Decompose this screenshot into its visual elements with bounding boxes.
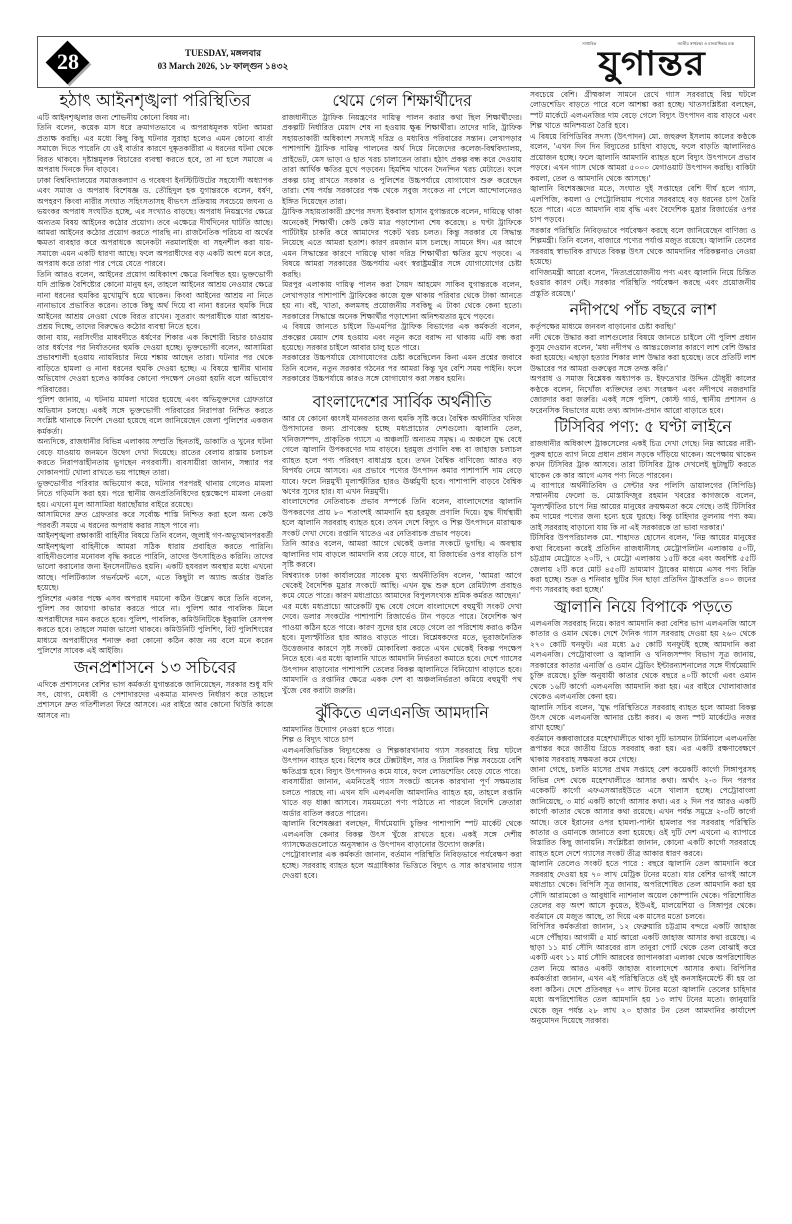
article-law-order: হঠাৎ আইনশৃঙ্খলা পরিস্থিতির এটি আইনশৃঙ্খল…: [37, 90, 273, 657]
headline: জনপ্রশাসনে ১৩ সচিবের: [37, 657, 273, 679]
headline: বাংলাদেশের সার্বিক অর্থনীতি: [282, 391, 522, 413]
headline: জ্বালানি নিয়ে বিপাকে পড়তে: [530, 596, 756, 618]
paragraph: রাজধানীর অধিকাংশ ট্রাকসেলের একই চিত্র দে…: [530, 439, 756, 481]
date-block: TUESDAY, মঙ্গলবার 03 March 2026, ১৮ ফাল্…: [113, 47, 333, 73]
paragraph: এটি আইনশৃঙ্খলার জন্য শোভনীয় কোনো বিষয় …: [37, 113, 273, 123]
paragraph: জানা যায়, নরসিংদীর মাধবদীতে ধর্ষণের শিক…: [37, 333, 273, 396]
paragraph: এদিকে প্রশাসনের বেশির ভাগ কর্মকর্তা যুগা…: [37, 680, 273, 722]
logo-text: যুগান্তর: [549, 45, 756, 83]
paragraph: রাজধানীতে ট্রাফিক নিয়ন্ত্রণের দায়িত্ব …: [282, 113, 522, 207]
paragraph: আসামিদের দ্রুত গ্রেফতার করে সর্বোচ্চ শাস…: [37, 510, 273, 531]
headline: টিসিবির পণ্য: ৫ ঘণ্টা লাইনে: [530, 416, 756, 438]
headline: থেমে গেল শিক্ষার্থীদের: [282, 90, 522, 112]
paragraph: বর্তমানে কক্সবাজারের মহেশখালীতে থাকা দুট…: [530, 734, 756, 765]
paragraph: বাণিজ্যমন্ত্রী আরো বলেন, 'নিত্যপ্রয়োজনী…: [530, 268, 756, 299]
headline: ঝুঁকিতে এলএনজি আমদানি: [282, 702, 522, 724]
paragraph: ব্যবসায়ীরা জানান, এমনিতেই গ্যাস সংকটে অ…: [282, 777, 522, 819]
paragraph: এ বিষয়ে জানতে চাইলে ডিএমপির ট্রাফিক বিভ…: [282, 322, 522, 353]
paragraph: তিনি আরও বলেন, আইনের প্রয়োগ অধিকাংশ ক্ষ…: [37, 270, 273, 333]
paragraph: এ ব্যাপারে অর্থনীতিবিদ ও সেন্টার ফর পলিস…: [530, 481, 756, 533]
paragraph: পুলিশ জানায়, এ ঘটনায় মামলা দায়ের হয়ে…: [37, 395, 273, 437]
weekday: TUESDAY, মঙ্গলবার: [113, 47, 333, 60]
paragraph: আইনশৃঙ্খলা রক্ষাকারী বাহিনীর বিষয়ে তিনি…: [37, 531, 273, 594]
page-number: 28: [46, 49, 90, 75]
article-river-bodies: নদীপথে পাঁচ বছরে লাশ কর্তৃপক্ষের মাধ্যমে…: [530, 299, 756, 416]
paragraph: ভুক্তভোগীর পরিবার অভিযোগ করে, ঘটনার পরপর…: [37, 479, 273, 510]
column-1: হঠাৎ আইনশৃঙ্খলা পরিস্থিতির এটি আইনশৃঙ্খল…: [37, 90, 273, 1210]
paragraph: কর্তৃপক্ষের মাধ্যমে জনবল বাড়ানোর চেষ্টা…: [530, 322, 756, 332]
paragraph: জ্বালানি তেলেও সংকট হতে পারে : বছরে জ্বা…: [530, 859, 756, 922]
newspaper-logo: সাপ্তাহিক জাতীয় স্বার্থরক্ষা ও মানবাধিক…: [558, 39, 746, 85]
article-lng-import: ঝুঁকিতে এলএনজি আমদানি আমদানির উদ্যোগ নেও…: [282, 702, 522, 882]
paragraph: তিনি আরও বলেন, আমরা আগে থেকেই ডলার সংকটে…: [282, 539, 522, 570]
paragraph: এলএনজিভিত্তিক বিদ্যুৎকেন্দ্র ও শিল্পকারখ…: [282, 746, 522, 777]
page-number-badge: 28: [46, 41, 90, 85]
paragraph: ঢাকা বিশ্ববিদ্যালয়ের সমাজকল্যাণ ও গবেষণ…: [37, 176, 273, 270]
paragraph: তিনি বলেন, কয়েক মাস ধরে ক্রমাগতভাবে এ অ…: [37, 123, 273, 175]
paragraph: আর যে কোনো ধ্বংসই মানবতার জন্য হুমকি সৃষ…: [282, 414, 522, 498]
paragraph: সবচেয়ে বেশি। গ্রীষ্মকাল সামনে রেখে গ্যা…: [530, 90, 756, 132]
article-continuation-lng: সবচেয়ে বেশি। গ্রীষ্মকাল সামনে রেখে গ্যা…: [530, 90, 756, 299]
paragraph: বিশ্বব্যাংক ঢাকা কার্যালয়ের সাবেক মুখ্য…: [282, 571, 522, 602]
paragraph: সরকার পরিস্থিতি নিবিড়ভাবে পর্যবেক্ষণ কর…: [530, 226, 756, 268]
paragraph: পেট্রোবাংলার এক কর্মকর্তা জানান, বর্তমান…: [282, 850, 522, 881]
paragraph: মিরপুর এলাকায় দায়িত্ব পালন করা সৈয়দ আ…: [282, 280, 522, 322]
headline: হঠাৎ আইনশৃঙ্খলা পরিস্থিতির: [37, 90, 273, 112]
paragraph: পুলিশের একার পক্ষে এসব অপরাধ দমানো কঠিন …: [37, 594, 273, 657]
paragraph: এ বিষয়ে বিপিডিবির সদস্য (উৎপাদন) মো. জহ…: [530, 132, 756, 184]
paragraph: জ্বালানি বিশেষজ্ঞরা বলছেন, দীর্ঘমেয়াদি …: [282, 819, 522, 850]
paragraph: টিসিবির উপপরিচালক মো. শাহাদত হোসেন বলেন,…: [530, 533, 756, 596]
paragraph: বাংলাদেশের নেতিবাচক প্রভাব সম্পর্কে তিনি…: [282, 497, 522, 539]
article-economy: বাংলাদেশের সার্বিক অর্থনীতি আর যে কোনো ধ…: [282, 391, 522, 696]
paragraph: জ্বালানি সচিব বলেন, 'যুদ্ধ পরিস্থিতিতে স…: [530, 703, 756, 734]
subheading: শিল্প ও বিদ্যুৎ খাতে চাপ: [282, 735, 522, 745]
paragraph: বিপিসির কর্মকর্তারা জানান, ১২ ফেব্রুয়ার…: [530, 922, 756, 1027]
paragraph: জ্বালানি বিশেষজ্ঞদের মতে, সংঘাত দুই সপ্ত…: [530, 184, 756, 226]
paragraph: অন্যদিকে, রাজধানীর বিভিন্ন এলাকায় সম্প্…: [37, 437, 273, 479]
article-students-traffic: থেমে গেল শিক্ষার্থীদের রাজধানীতে ট্রাফিক…: [282, 90, 522, 385]
date: 03 March 2026, ১৮ ফাল্গুন ১৪৩২: [113, 60, 333, 73]
paragraph: জানা গেছে, চলতি মাসের প্রথম সপ্তাহে বেশ …: [530, 765, 756, 859]
article-public-admin: জনপ্রশাসনে ১৩ সচিবের এদিকে প্রশাসনের বেশ…: [37, 657, 273, 722]
paragraph: সরকারের উচ্চপর্যায়ে যোগাযোগের চেষ্টা কর…: [282, 353, 522, 384]
column-2: থেমে গেল শিক্ষার্থীদের রাজধানীতে ট্রাফিক…: [282, 90, 522, 1210]
paragraph: এলএনজি সরবরাহ নিয়ে। কারণ আমদানি করা বেশ…: [530, 619, 756, 703]
article-fuel-crisis: জ্বালানি নিয়ে বিপাকে পড়তে এলএনজি সরবরা…: [530, 596, 756, 1027]
paragraph: অপরাধ ও সমাজ বিশ্লেষক অধ্যাপক ড. ইফতেখার…: [530, 374, 756, 416]
paragraph: এর মধ্যে মধ্যপ্রাচ্যে আরেকটি যুদ্ধ বেধে …: [282, 602, 522, 696]
headline: নদীপথে পাঁচ বছরে লাশ: [530, 299, 756, 321]
masthead: 28 TUESDAY, মঙ্গলবার 03 March 2026, ১৮ ফ…: [37, 36, 755, 88]
column-3: সবচেয়ে বেশি। গ্রীষ্মকাল সামনে রেখে গ্যা…: [530, 90, 756, 1210]
paragraph: ট্রাফিক সহায়তাকারী গ্রুপের সদস্য ইকবাল …: [282, 207, 522, 280]
paragraph: নদী থেকে উদ্ধার করা লাশগুলোর বিষয়ে জানত…: [530, 333, 756, 375]
article-tcb-products: টিসিবির পণ্য: ৫ ঘণ্টা লাইনে রাজধানীর অধি…: [530, 416, 756, 596]
paragraph: আমদানির উদ্যোগ নেওয়া হতে পারে।: [282, 725, 522, 735]
